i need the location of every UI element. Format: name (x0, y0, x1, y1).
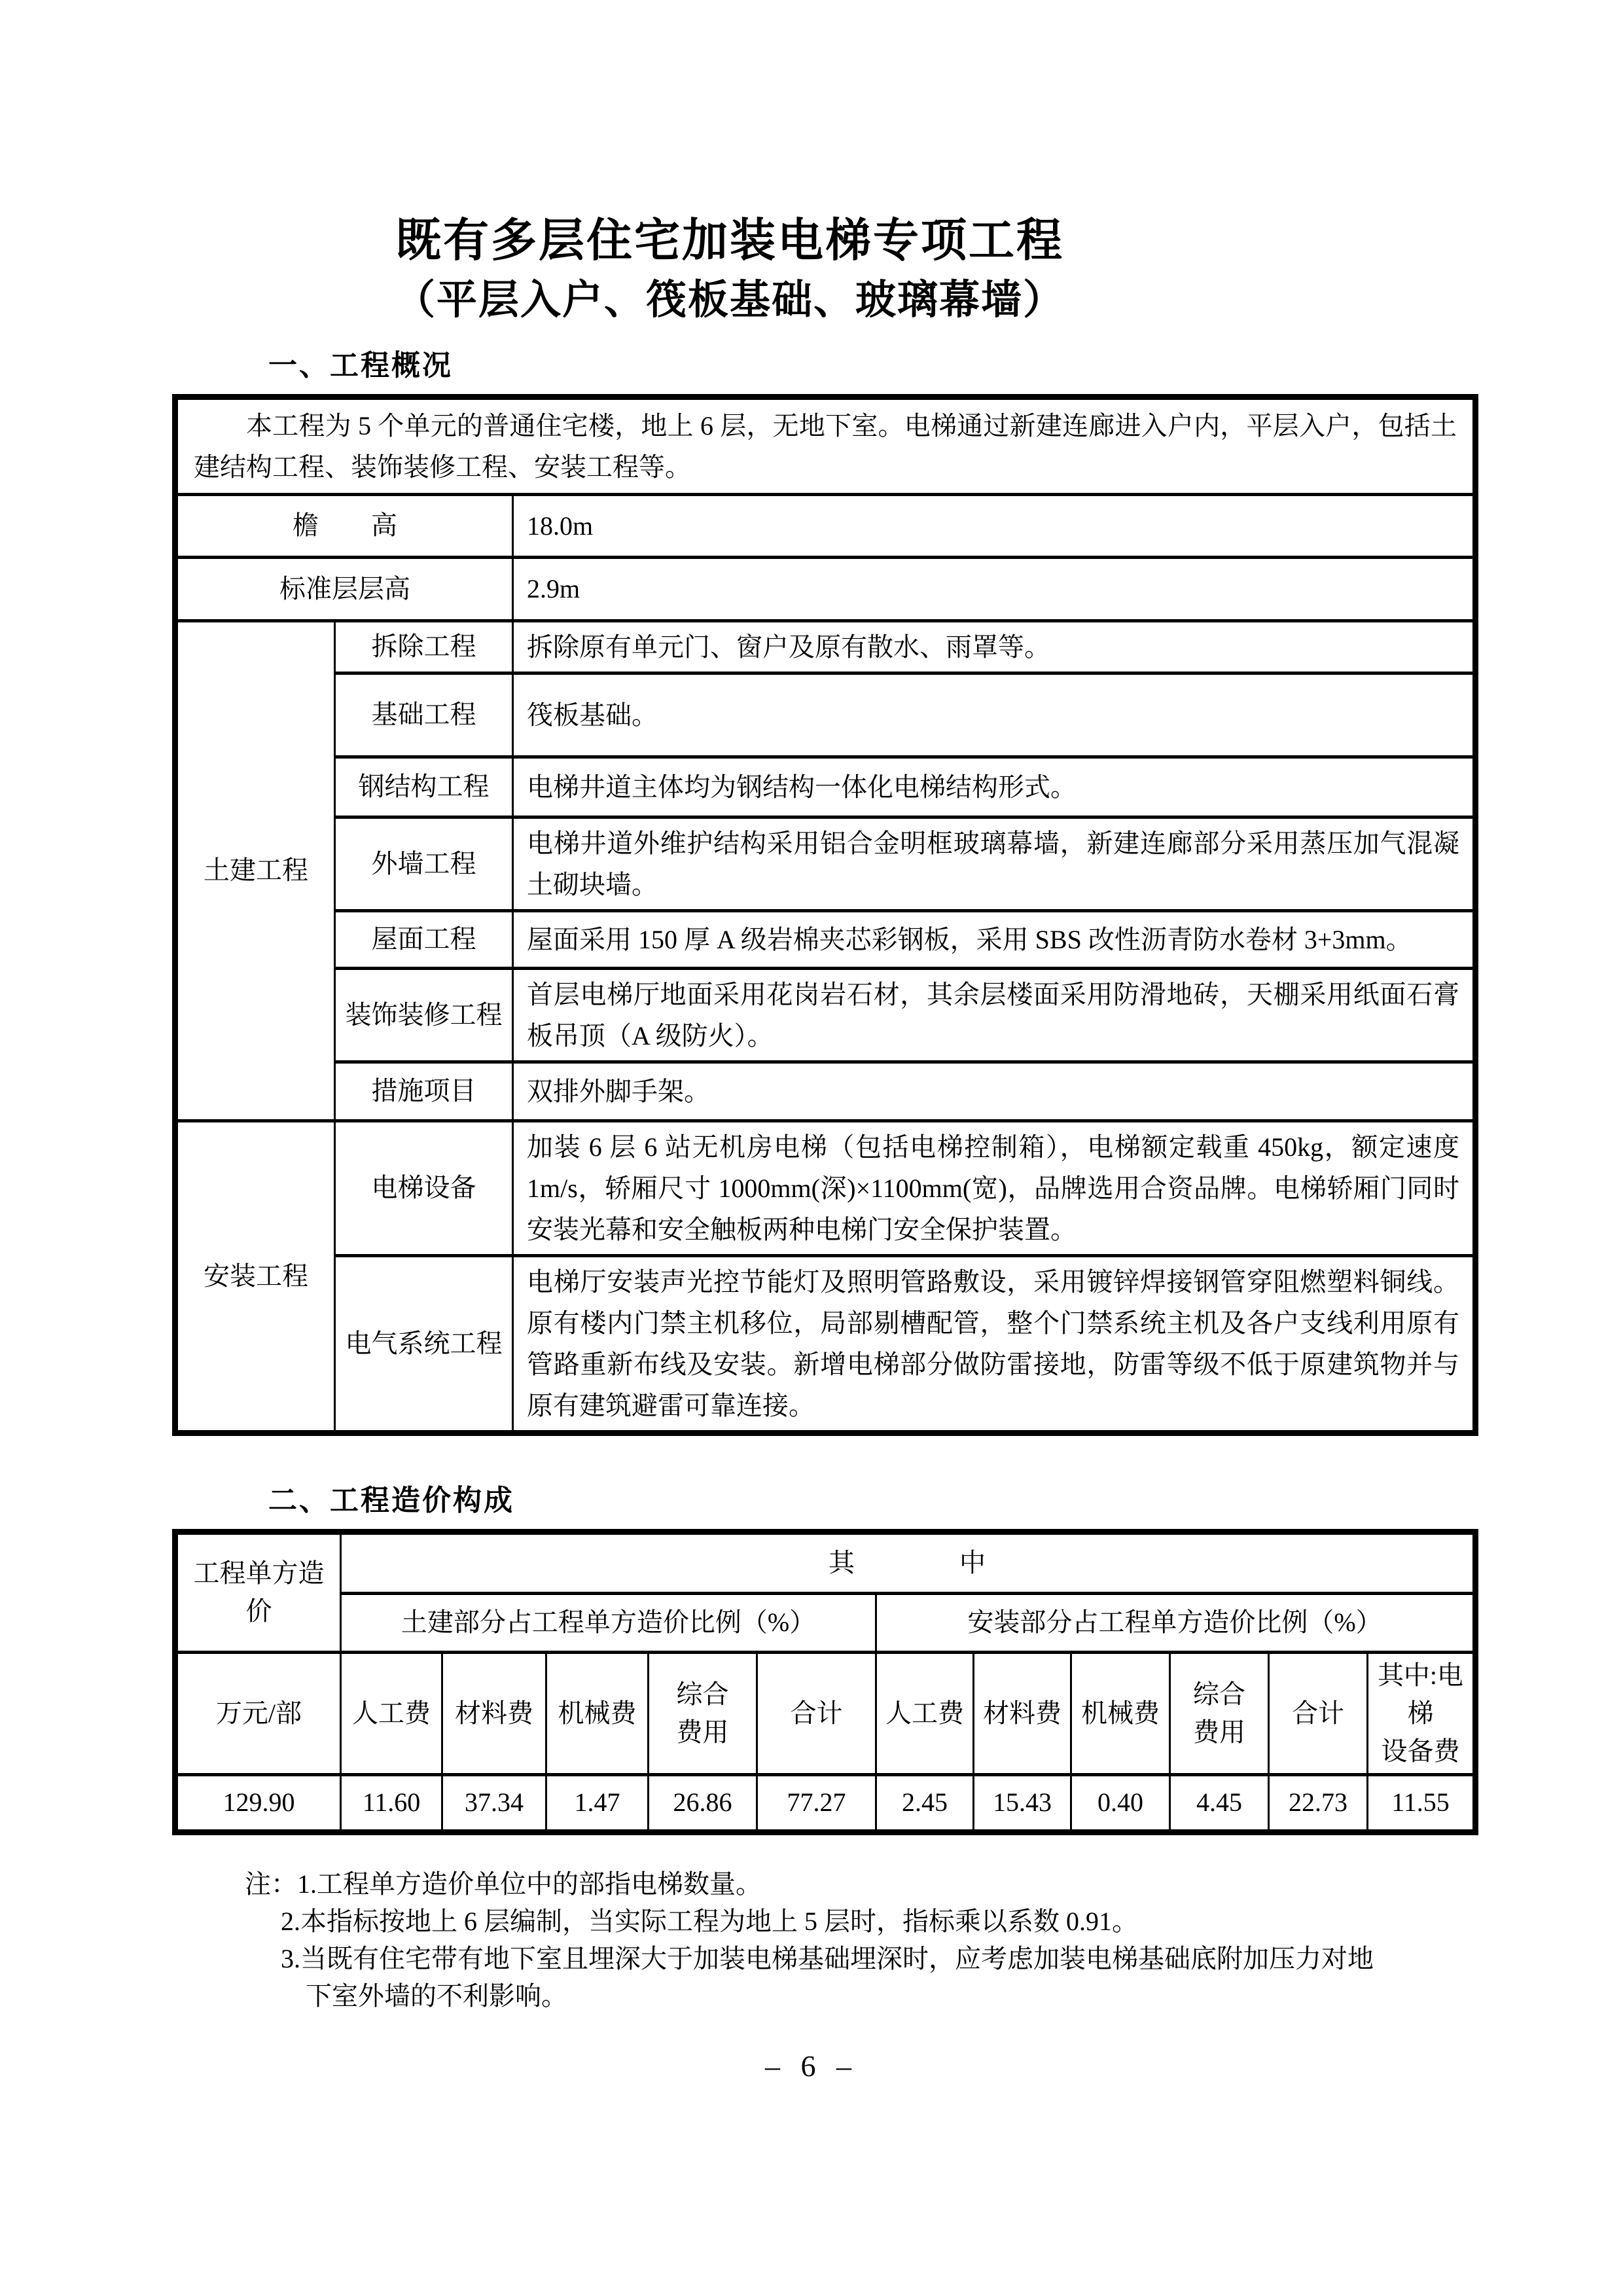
title-block: 既有多层住宅加装电梯专项工程 （平层入户、筏板基础、玻璃幕墙） (0, 0, 1459, 325)
civil-labor-value: 11.60 (341, 1774, 442, 1832)
civil-total-header: 合计 (757, 1652, 876, 1774)
civil-material-header: 材料费 (442, 1652, 546, 1774)
table-row: 钢结构工程 电梯井道主体均为钢结构一体化电梯结构形式。 (175, 757, 1476, 817)
measures-content: 双排外脚手架。 (513, 1062, 1476, 1121)
civil-comprehensive-header: 综合 费用 (649, 1652, 757, 1774)
civil-ratio-header: 土建部分占工程单方造价比例（%） (341, 1593, 876, 1652)
note-3: 3.当既有住宅带有地下室且埋深大于加装电梯基础埋深时，应考虑加装电梯基础底附加压… (281, 1940, 1397, 2015)
civil-machinery-value: 1.47 (546, 1774, 649, 1832)
table-row: 安装工程 电梯设备 加装 6 层 6 站无机房电梯（包括电梯控制箱），电梯额定载… (175, 1121, 1476, 1255)
notes-block: 注：1.工程单方造价单位中的部指电梯数量。 2.本指标按地上 6 层编制，当实际… (245, 1865, 1397, 2015)
exterior-wall-content: 电梯井道外维护结构采用铝合金明框玻璃幕墙，新建连廊部分采用蒸压加气混凝土砌块墙。 (513, 817, 1476, 910)
install-comprehensive-header: 综合 费用 (1170, 1652, 1269, 1774)
steel-structure-label: 钢结构工程 (335, 757, 513, 817)
install-machinery-header: 机械费 (1071, 1652, 1170, 1774)
install-total-value: 22.73 (1269, 1774, 1368, 1832)
install-ratio-header: 安装部分占工程单方造价比例（%） (876, 1593, 1476, 1652)
table-row: 装饰装修工程 首层电梯厅地面采用花岗岩石材，其余层楼面采用防滑地砖，天棚采用纸面… (175, 968, 1476, 1062)
eave-height-label: 檐 高 (175, 494, 513, 557)
table-row: 措施项目 双排外脚手架。 (175, 1062, 1476, 1121)
note-2: 2.本指标按地上 6 层编制，当实际工程为地上 5 层时，指标乘以系数 0.91… (281, 1903, 1397, 1940)
eave-height-value: 18.0m (513, 494, 1476, 557)
section2-heading: 二、工程造价构成 (268, 1477, 1623, 1518)
install-total-header: 合计 (1269, 1652, 1368, 1774)
installation-group-label: 安装工程 (175, 1121, 335, 1433)
table-row: 电气系统工程 电梯厅安装声光控节能灯及照明管路敷设，采用镀锌焊接钢管穿阻燃塑料铜… (175, 1255, 1476, 1433)
roofing-content: 屋面采用 150 厚 A 级岩棉夹芯彩钢板，采用 SBS 改性沥青防水卷材 3+… (513, 910, 1476, 968)
install-labor-header: 人工费 (876, 1652, 974, 1774)
elevator-equip-fee-value: 11.55 (1368, 1774, 1476, 1832)
unit-cost-header: 工程单方造价 (175, 1532, 341, 1652)
storey-height-value: 2.9m (513, 557, 1476, 620)
install-machinery-value: 0.40 (1071, 1774, 1170, 1832)
page-number: – 6 – (0, 2049, 1623, 2083)
elevator-equipment-label: 电梯设备 (335, 1121, 513, 1255)
table-row: 本工程为 5 个单元的普通住宅楼，地上 6 层，无地下室。电梯通过新建连廊进入户… (175, 397, 1476, 494)
table-row: 屋面工程 屋面采用 150 厚 A 级岩棉夹芯彩钢板，采用 SBS 改性沥青防水… (175, 910, 1476, 968)
electrical-system-content: 电梯厅安装声光控节能灯及照明管路敷设，采用镀锌焊接钢管穿阻燃塑料铜线。原有楼内门… (513, 1255, 1476, 1433)
roofing-label: 屋面工程 (335, 910, 513, 968)
cost-table: 工程单方造价 其 中 土建部分占工程单方造价比例（%） 安装部分占工程单方造价比… (172, 1529, 1478, 1835)
foundation-label: 基础工程 (335, 673, 513, 757)
doc-title-line1: 既有多层住宅加装电梯专项工程 (0, 0, 1459, 267)
table-row: 土建工程 拆除工程 拆除原有单元门、窗户及原有散水、雨罩等。 (175, 620, 1476, 673)
install-labor-value: 2.45 (876, 1774, 974, 1832)
elevator-equip-fee-header: 其中:电梯 设备费 (1368, 1652, 1476, 1774)
civil-material-value: 37.34 (442, 1774, 546, 1832)
project-intro-cell: 本工程为 5 个单元的普通住宅楼，地上 6 层，无地下室。电梯通过新建连廊进入户… (175, 397, 1476, 494)
install-comprehensive-value: 4.45 (1170, 1774, 1269, 1832)
foundation-content: 筏板基础。 (513, 673, 1476, 757)
among-which-header: 其 中 (341, 1532, 1476, 1593)
electrical-system-label: 电气系统工程 (335, 1255, 513, 1433)
install-material-header: 材料费 (974, 1652, 1071, 1774)
civil-works-group-label: 土建工程 (175, 620, 335, 1121)
civil-comprehensive-value: 26.86 (649, 1774, 757, 1832)
decoration-label: 装饰装修工程 (335, 968, 513, 1062)
section1-heading: 一、工程概况 (268, 342, 1623, 384)
civil-labor-header: 人工费 (341, 1652, 442, 1774)
demolition-content: 拆除原有单元门、窗户及原有散水、雨罩等。 (513, 620, 1476, 673)
table-row: 工程单方造价 其 中 (175, 1532, 1476, 1593)
unit-label-cell: 万元/部 (175, 1652, 341, 1774)
table-row: 129.90 11.60 37.34 1.47 26.86 77.27 2.45… (175, 1774, 1476, 1832)
decoration-content: 首层电梯厅地面采用花岗岩石材，其余层楼面采用防滑地砖，天棚采用纸面石膏板吊顶（A… (513, 968, 1476, 1062)
demolition-label: 拆除工程 (335, 620, 513, 673)
civil-machinery-header: 机械费 (546, 1652, 649, 1774)
elevator-equipment-content: 加装 6 层 6 站无机房电梯（包括电梯控制箱），电梯额定载重 450kg，额定… (513, 1121, 1476, 1255)
measures-label: 措施项目 (335, 1062, 513, 1121)
table-row: 万元/部 人工费 材料费 机械费 综合 费用 合计 人工费 材料费 机械费 综合… (175, 1652, 1476, 1774)
exterior-wall-label: 外墙工程 (335, 817, 513, 910)
table-row: 外墙工程 电梯井道外维护结构采用铝合金明框玻璃幕墙，新建连廊部分采用蒸压加气混凝… (175, 817, 1476, 910)
document-page: 既有多层住宅加装电梯专项工程 （平层入户、筏板基础、玻璃幕墙） 一、工程概况 本… (0, 0, 1623, 2296)
table-row: 标准层层高 2.9m (175, 557, 1476, 620)
table-row: 檐 高 18.0m (175, 494, 1476, 557)
note-1: 注：1.工程单方造价单位中的部指电梯数量。 (245, 1865, 1397, 1903)
table-row: 基础工程 筏板基础。 (175, 673, 1476, 757)
steel-structure-content: 电梯井道主体均为钢结构一体化电梯结构形式。 (513, 757, 1476, 817)
doc-title-line2: （平层入户、筏板基础、玻璃幕墙） (0, 278, 1459, 324)
storey-height-label: 标准层层高 (175, 557, 513, 620)
table-row: 土建部分占工程单方造价比例（%） 安装部分占工程单方造价比例（%） (175, 1593, 1476, 1652)
civil-total-value: 77.27 (757, 1774, 876, 1832)
overview-table: 本工程为 5 个单元的普通住宅楼，地上 6 层，无地下室。电梯通过新建连廊进入户… (172, 394, 1478, 1436)
install-material-value: 15.43 (974, 1774, 1071, 1832)
unit-cost-value: 129.90 (175, 1774, 341, 1832)
